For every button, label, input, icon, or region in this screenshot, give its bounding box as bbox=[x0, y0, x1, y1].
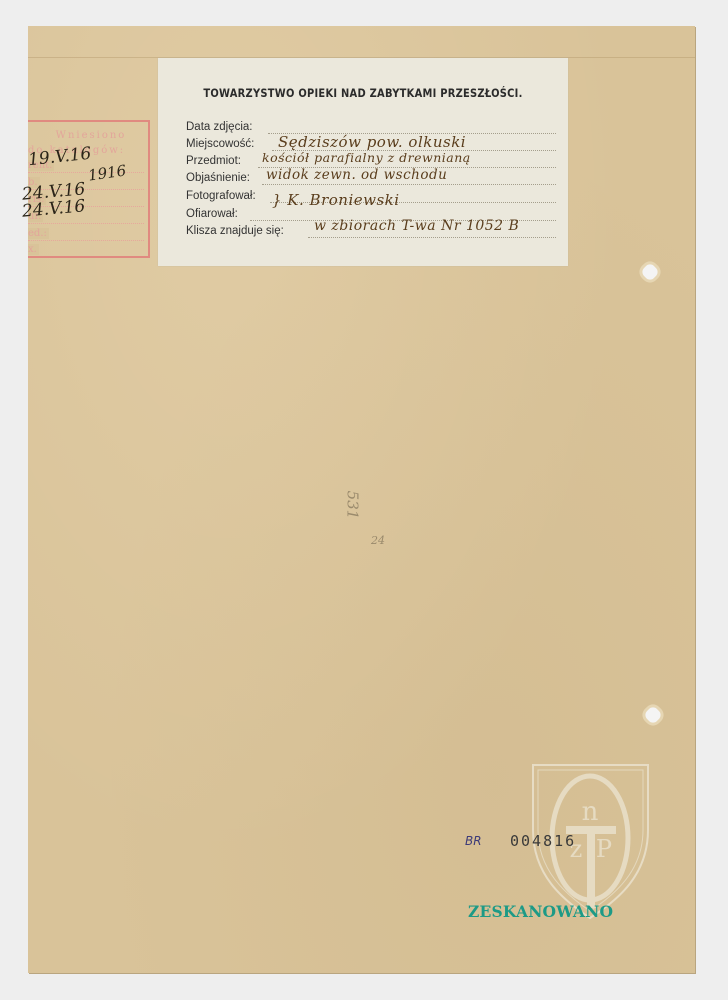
pencil-mark: 24 bbox=[371, 534, 385, 547]
punch-hole bbox=[643, 705, 663, 725]
document-number: 004816 bbox=[510, 832, 576, 850]
archive-prefix: BR bbox=[465, 834, 482, 848]
stamp-row: x. bbox=[28, 244, 144, 256]
subject-value: kościół parafialny z drewnianą bbox=[262, 150, 471, 165]
scanned-stamp: ZESKANOWANO bbox=[468, 902, 613, 921]
svg-text:n: n bbox=[582, 797, 599, 827]
location-value: Sędziszów pow. olkuski bbox=[278, 133, 466, 151]
organization-heading: TOWARZYSTWO OPIEKI NAD ZABYTKAMI PRZESZŁ… bbox=[187, 86, 540, 100]
stamp-title: Wniesiono bbox=[36, 130, 146, 141]
description-value: widok zewn. od wschodu bbox=[266, 167, 447, 183]
stamp-row: ed.: bbox=[28, 228, 144, 241]
field-photographer: Fotografował: } K. Broniewski bbox=[186, 190, 556, 206]
field-description: Objaśnienie: widok zewn. od wschodu bbox=[186, 172, 556, 188]
field-negative-location: Klisza znajduje się: w zbiorach T-wa Nr … bbox=[186, 225, 556, 241]
photo-label-card: TOWARZYSTWO OPIEKI NAD ZABYTKAMI PRZESZŁ… bbox=[158, 58, 568, 266]
punch-hole bbox=[640, 262, 660, 282]
negative-location-value: w zbiorach T-wa Nr 1052 B bbox=[314, 218, 519, 234]
photographer-value: } K. Broniewski bbox=[272, 191, 400, 209]
svg-text:P: P bbox=[596, 835, 612, 863]
pencil-mark-rotated: 531 bbox=[343, 491, 361, 520]
